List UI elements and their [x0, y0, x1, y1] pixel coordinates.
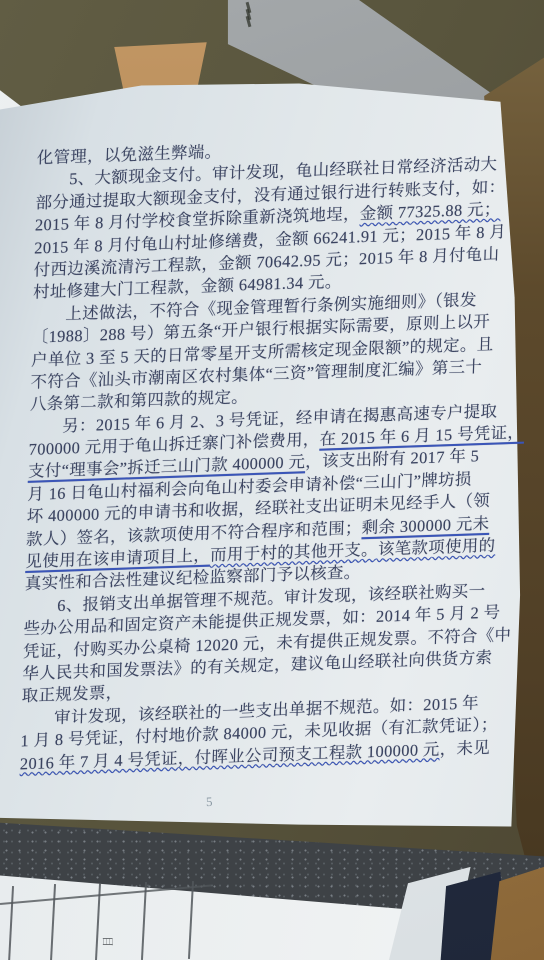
page-number: 5: [206, 794, 213, 810]
underlined-text-segment: 该笔款项使用的: [378, 536, 496, 559]
text-segment: 取正规发票，: [22, 683, 123, 706]
text-segment: ，该支出附有 2017 年 5: [305, 447, 479, 472]
faint-stamp-marks: [243, 2, 259, 48]
underlined-text-segment: 金额 77325.88 元；: [360, 199, 501, 223]
underlined-text-segment: 剩余 300000 元未: [362, 513, 490, 536]
document-lines: 化管理，以免滋生弊端。5、大额现金支付。审计发现，龟山经联社日常经济活动大部分通…: [20, 131, 519, 776]
photo-of-document: { "colors": { "background_olive": "#5955…: [0, 0, 544, 960]
form-glyph: 目: [100, 936, 116, 948]
underlined-text-segment: 而用于村的其他开支。: [210, 540, 378, 565]
text-segment: ，未见: [439, 737, 490, 758]
